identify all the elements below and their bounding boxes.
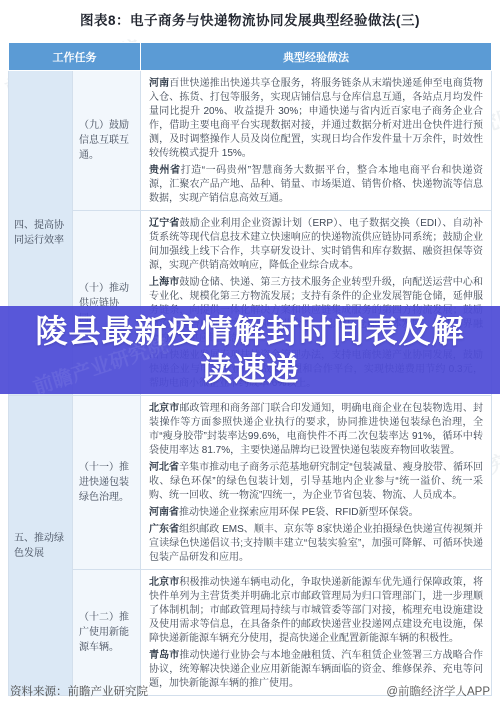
province-name: 上海市 xyxy=(149,277,179,288)
overlay-headline: 陵县最新疫情解封时间表及解 读速递 xyxy=(35,312,464,389)
category-cell: 五、推动绿色发展 xyxy=(9,396,73,696)
task-cell: （十一）推进快递包装绿色治理。 xyxy=(73,396,141,570)
province-name: 北京市 xyxy=(149,403,179,414)
province-name: 青岛市 xyxy=(149,650,179,661)
table-row: 四、提高协同运行效率（九）鼓励信息互联互通。河南百世快递推出快递共享仓服务，将服… xyxy=(9,71,492,211)
header-cell-practice: 典型经验做法 xyxy=(141,43,492,71)
province-name: 广东省 xyxy=(149,524,179,535)
practice-paragraph: 北京市积极推动快递车辆电动化，争取快递新能源车优先通行保障政策，将快件单列为主营… xyxy=(149,576,483,646)
task-cell: （九）鼓励信息互联互通。 xyxy=(73,71,141,211)
practices-cell: 北京市邮政管理和商务部门联合印发通知，明确电商企业在包装物选用、封装操作等方面参… xyxy=(141,396,492,570)
province-name: 河南 xyxy=(149,78,169,89)
figure-title: 图表8：电子商务与快递物流协同发展典型经验做法(三) xyxy=(0,9,500,29)
table-row: （十二）推广使用新能源车辆。北京市积极推动快递车辆电动化，争取快递新能源车优先通… xyxy=(9,570,492,696)
news-overlay-banner: 陵县最新疫情解封时间表及解 读速递 xyxy=(0,306,500,394)
source-label: 资料来源：前瞻产业研究院 xyxy=(10,683,148,699)
practice-paragraph: 河南省推动快递企业探索应用环保 PE袋、RFID新型环保袋。 xyxy=(149,506,483,520)
table-header-row: 工作任务 典型经验做法 xyxy=(9,43,492,71)
practice-paragraph: 河南百世快递推出快递共享仓服务，将服务链条从末端快递延伸至电商货物入仓、拣货、打… xyxy=(149,77,483,161)
task-cell: （十二）推广使用新能源车辆。 xyxy=(73,570,141,696)
province-name: 辽宁省 xyxy=(149,218,180,229)
footer: 资料来源：前瞻产业研究院 @前瞻经济学人APP xyxy=(10,683,490,699)
header-cell-task: 工作任务 xyxy=(9,43,141,71)
province-name: 北京市 xyxy=(149,577,179,588)
practice-paragraph: 辽宁省鼓励企业利用企业资源计划（ERP）、电子数据交换（EDI）、自动补货系统等… xyxy=(149,217,483,273)
practice-paragraph: 河北省辛集市推动电子商务示范基地研究制定“包装减量、瘦身胶带、循环回收、绿色环保… xyxy=(149,461,483,503)
province-name: 河北省 xyxy=(149,462,179,473)
practices-cell: 河南百世快递推出快递共享仓服务，将服务链条从末端快递延伸至电商货物入仓、拣货、打… xyxy=(141,71,492,211)
practice-paragraph: 贵州省打造“一码贵州”智慧商务大数据平台，整合本地电商平台和快递资源，汇聚农产品… xyxy=(149,164,483,206)
practices-cell: 北京市积极推动快递车辆电动化，争取快递新能源车优先通行保障政策，将快件单列为主营… xyxy=(141,570,492,696)
province-name: 河南省 xyxy=(149,507,179,518)
practice-paragraph: 广东省组织邮政 EMS、顺丰、京东等 8家快递企业拍摄绿色快递宣传视频并宣读绿色… xyxy=(149,523,483,565)
province-name: 贵州省 xyxy=(149,165,181,176)
table-row: 五、推动绿色发展（十一）推进快递包装绿色治理。北京市邮政管理和商务部门联合印发通… xyxy=(9,396,492,570)
practice-paragraph: 北京市邮政管理和商务部门联合印发通知，明确电商企业在包装物选用、封装操作等方面参… xyxy=(149,402,483,458)
credit-label: @前瞻经济学人APP xyxy=(386,683,490,699)
report-figure-page: { "title": "图表8：电子商务与快递物流协同发展典型经验做法(三)",… xyxy=(0,0,500,710)
